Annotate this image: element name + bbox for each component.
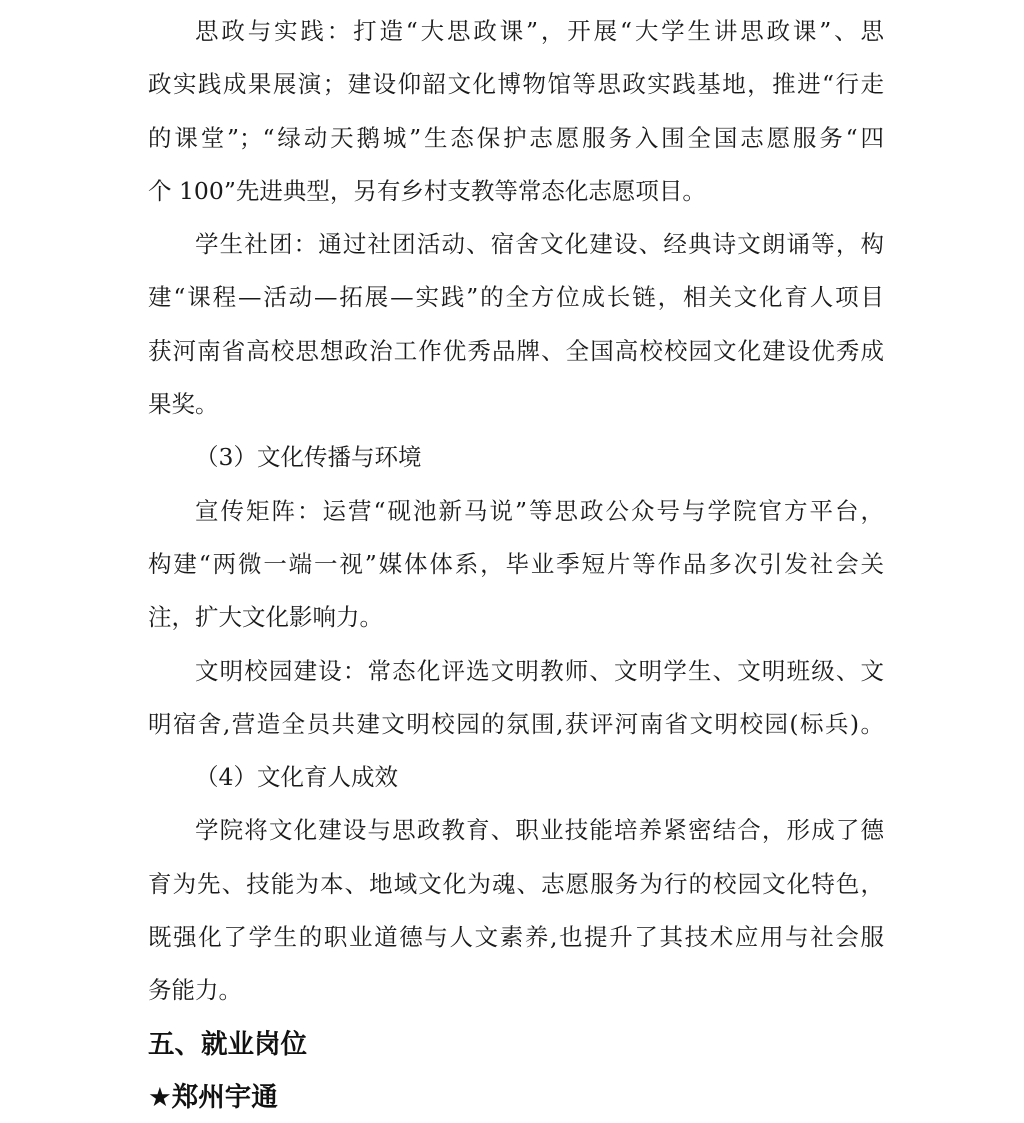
text-line: 明宿舍,营造全员共建文明校园的氛围,获评河南省文明校园(标兵)。	[148, 698, 884, 751]
text-line: 文明校园建设：常态化评选文明教师、文明学生、文明班级、文	[148, 645, 884, 698]
document-page: 思政与实践：打造“大思政课”，开展“大学生讲思政课”、思政实践成果展演；建设仰韶…	[0, 0, 1024, 1123]
text-line: 务能力。	[148, 964, 884, 1017]
text-line: 育为先、技能为本、地域文化为魂、志愿服务为行的校园文化特色，	[148, 858, 884, 911]
text-line: 建“课程—活动—拓展—实践”的全方位成长链，相关文化育人项目	[148, 271, 884, 324]
text-line: 个 100”先进典型，另有乡村支教等常态化志愿项目。	[148, 165, 884, 218]
text-line: 获河南省高校思想政治工作优秀品牌、全国高校校园文化建设优秀成	[148, 325, 884, 378]
text-line: 学生社团：通过社团活动、宿舍文化建设、经典诗文朗诵等，构	[148, 218, 884, 271]
text-line: 的课堂”；“绿动天鹅城”生态保护志愿服务入围全国志愿服务“四	[148, 112, 884, 165]
subsection-heading-culture-communication: （3）文化传播与环境	[148, 431, 884, 484]
text-line: 思政与实践：打造“大思政课”，开展“大学生讲思政课”、思	[148, 5, 884, 58]
text-line: 宣传矩阵：运营“砚池新马说”等思政公众号与学院官方平台，	[148, 485, 884, 538]
text-line: 果奖。	[148, 378, 884, 431]
text-line: 既强化了学生的职业道德与人文素养,也提升了其技术应用与社会服	[148, 911, 884, 964]
company-heading-zhengzhou-yutong: ★郑州宇通	[148, 1071, 884, 1123]
text-line: 构建“两微一端一视”媒体体系，毕业季短片等作品多次引发社会关	[148, 538, 884, 591]
text-line: 注，扩大文化影响力。	[148, 591, 884, 644]
section-heading-employment-positions: 五、就业岗位	[148, 1018, 884, 1071]
document-body: 思政与实践：打造“大思政课”，开展“大学生讲思政课”、思政实践成果展演；建设仰韶…	[148, 5, 884, 1123]
text-line: 学院将文化建设与思政教育、职业技能培养紧密结合，形成了德	[148, 804, 884, 857]
subsection-heading-culture-results: （4）文化育人成效	[148, 751, 884, 804]
text-line: 政实践成果展演；建设仰韶文化博物馆等思政实践基地，推进“行走	[148, 58, 884, 111]
